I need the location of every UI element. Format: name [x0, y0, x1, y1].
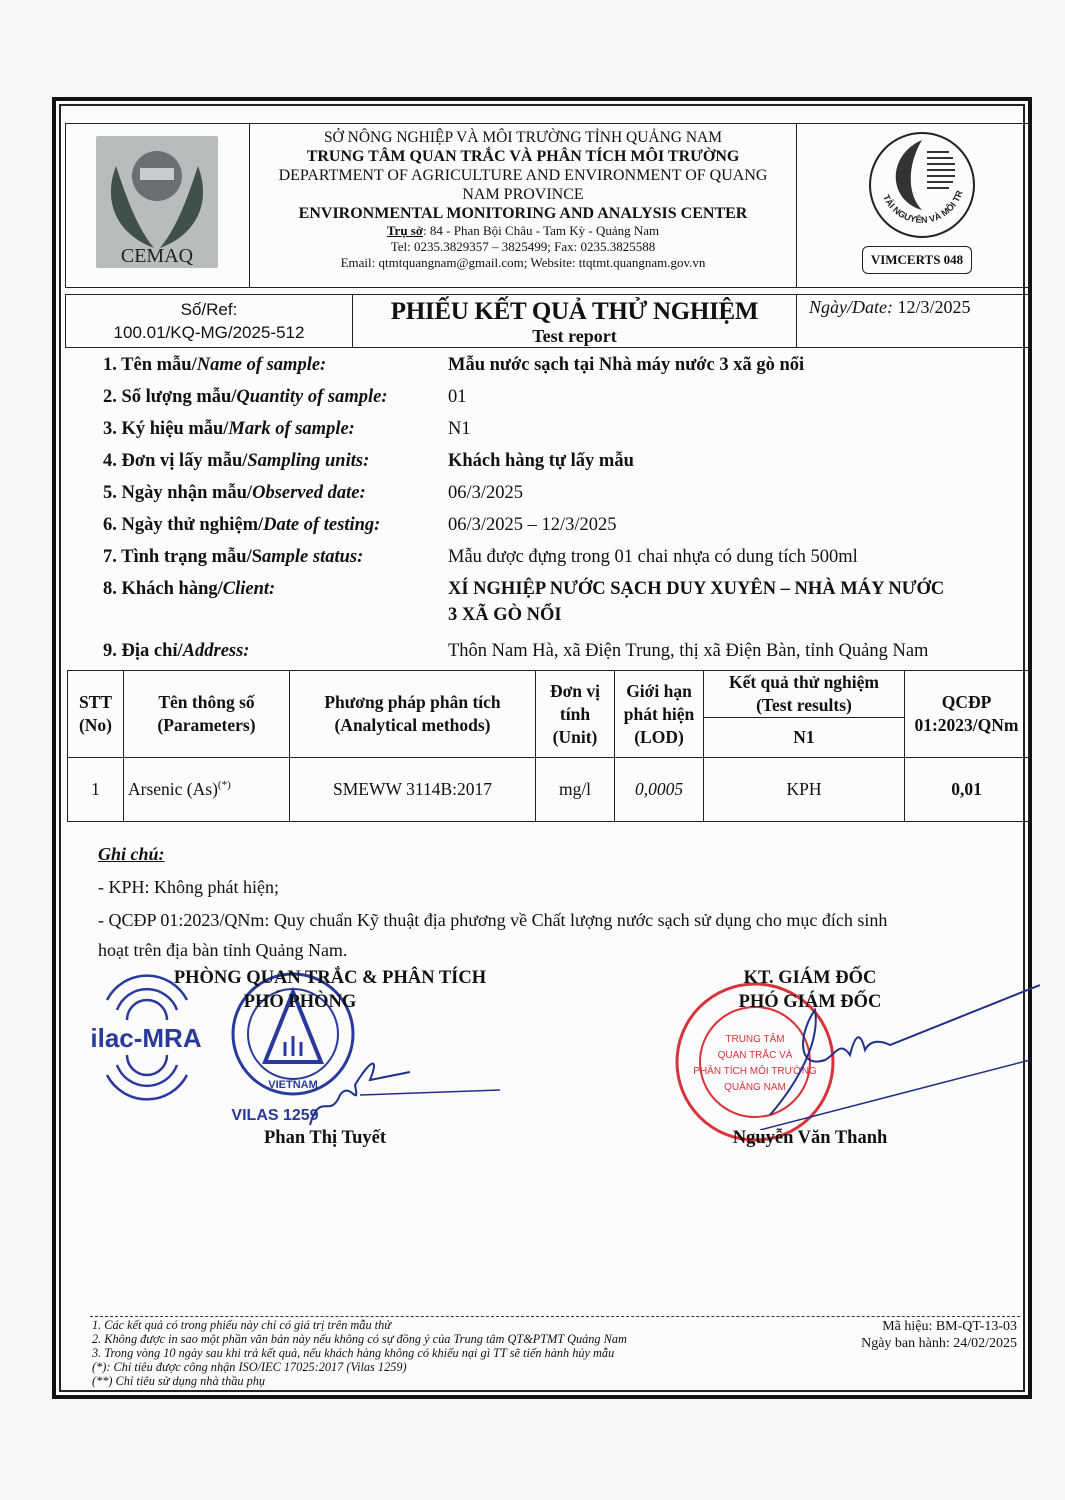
info-label: 7. Tình trạng mẫu/Sample status: [103, 547, 363, 568]
org-info: SỞ NÔNG NGHIỆP VÀ MÔI TRƯỜNG TỈNH QUẢNG … [250, 124, 797, 287]
col-results: Kết quả thử nghiệm(Test results) [704, 671, 905, 718]
info-value: Khách hàng tự lấy mẫu [448, 451, 634, 472]
department-en: DEPARTMENT OF AGRICULTURE AND ENVIRONMEN… [250, 166, 796, 185]
info-value: 01 [448, 387, 467, 408]
results-table: STT(No) Tên thông số(Parameters) Phương … [67, 670, 1029, 822]
info-value: XÍ NGHIỆP NƯỚC SẠCH DUY XUYÊN – NHÀ MÁY … [448, 579, 944, 626]
note-item: hoạt trên địa bàn tỉnh Quảng Nam. [98, 934, 1018, 967]
signatory-role-1: KT. GIÁM ĐỐC [680, 966, 940, 990]
info-label: 4. Đơn vị lấy mẫu/Sampling units: [103, 451, 369, 472]
center-name-en: ENVIRONMENTAL MONITORING AND ANALYSIS CE… [250, 204, 796, 223]
svg-text:CEMAQ: CEMAQ [121, 245, 194, 267]
col-method: Phương pháp phân tích(Analytical methods… [290, 671, 536, 758]
info-label: 8. Khách hàng/Client: [103, 579, 275, 600]
address-line: Trụ sở: 84 - Phan Bội Châu - Tam Kỳ - Qu… [250, 223, 796, 239]
info-value: 06/3/2025 [448, 483, 523, 504]
info-label: 5. Ngày nhận mẫu/Observed date: [103, 483, 366, 504]
form-code: Mã hiệu: BM-QT-13-03 Ngày ban hành: 24/0… [861, 1318, 1017, 1352]
notes-heading: Ghi chú: [98, 838, 1018, 871]
report-title: PHIẾU KẾT QUẢ THỬ NGHIỆM Test report [353, 295, 797, 347]
report-title-row: Số/Ref: 100.01/KQ-MG/2025-512 PHIẾU KẾT … [65, 294, 1029, 348]
reference-number: Số/Ref: 100.01/KQ-MG/2025-512 [66, 295, 353, 347]
footer-divider [90, 1316, 1020, 1317]
note-item: - KPH: Không phát hiện; [98, 871, 1018, 904]
col-lod: Giới hạnphát hiện(LOD) [615, 671, 704, 758]
table-row: 1 Arsenic (As)(*) SMEWW 3114B:2017 mg/l … [68, 758, 1029, 822]
info-value: Mẫu được đựng trong 01 chai nhựa có dung… [448, 547, 858, 568]
info-label: 9. Địa chỉ/Address: [103, 641, 249, 662]
note-item: - QCĐP 01:2023/QNm: Quy chuẩn Kỹ thuật đ… [98, 904, 1018, 937]
center-name-vi: TRUNG TÂM QUAN TRẮC VÀ PHÂN TÍCH MÔI TRƯ… [250, 147, 796, 166]
left-signatory: PHÒNG QUAN TRẮC & PHÂN TÍCH PHÓ PHÒNG [120, 966, 540, 1014]
info-value: Mẫu nước sạch tại Nhà máy nước 3 xã gò n… [448, 355, 804, 376]
col-parameter: Tên thông số(Parameters) [124, 671, 290, 758]
tel-fax-line: Tel: 0235.3829357 – 3825499; Fax: 0235.3… [250, 239, 796, 255]
email-website-line[interactable]: Email: qtmtquangnam@gmail.com; Website: … [250, 255, 796, 271]
info-label: 1. Tên mẫu/Name of sample: [103, 355, 326, 376]
department-en-cont: NAM PROVINCE [250, 185, 796, 204]
col-standard: QCĐP01:2023/QNm [905, 671, 1029, 758]
info-value: Thôn Nam Hà, xã Điện Trung, thị xã Điện … [448, 641, 928, 662]
tnmt-logo-icon: TÀI NGUYÊN VÀ MÔI TRƯỜNG [867, 130, 977, 240]
info-label: 6. Ngày thử nghiệm/Date of testing: [103, 515, 380, 536]
svg-text:ilac-MRA: ilac-MRA [90, 1023, 201, 1053]
signatory-name-right: Nguyễn Văn Thanh [690, 1126, 930, 1150]
signatory-name-left: Phan Thị Tuyết [215, 1126, 435, 1150]
signature-left [300, 1050, 520, 1130]
vimcerts-badge: VIMCERTS 048 [862, 246, 972, 274]
col-result-n1: N1 [704, 718, 905, 758]
accreditation-cell: TÀI NGUYÊN VÀ MÔI TRƯỜNG VIMCERTS 048 [797, 124, 1028, 287]
cemaq-logo: CEMAQ [96, 136, 218, 268]
notes-section: Ghi chú: - KPH: Không phát hiện; - QCĐP … [98, 838, 1018, 967]
letterhead: CEMAQ SỞ NÔNG NGHIỆP VÀ MÔI TRƯỜNG TỈNH … [65, 123, 1029, 288]
footer-notes: 1. Các kết quả có trong phiếu này chỉ có… [92, 1318, 627, 1388]
info-label: 3. Ký hiệu mẫu/Mark of sample: [103, 419, 355, 440]
ministry-name: SỞ NÔNG NGHIỆP VÀ MÔI TRƯỜNG TỈNH QUẢNG … [250, 128, 796, 147]
signatory-role-2: PHÓ GIÁM ĐỐC [680, 990, 940, 1014]
signatory-role: PHÓ PHÒNG [120, 990, 480, 1014]
department-title: PHÒNG QUAN TRẮC & PHÂN TÍCH [120, 966, 540, 990]
cemaq-logo-cell: CEMAQ [66, 124, 250, 287]
report-date: Ngày/Date: 12/3/2025 [797, 295, 1028, 347]
info-label: 2. Số lượng mẫu/Quantity of sample: [103, 387, 388, 408]
info-value: 06/3/2025 – 12/3/2025 [448, 515, 617, 536]
col-unit: Đơn vịtính(Unit) [536, 671, 615, 758]
col-no: STT(No) [68, 671, 124, 758]
info-value: N1 [448, 419, 471, 440]
right-signatory: KT. GIÁM ĐỐC PHÓ GIÁM ĐỐC [680, 966, 940, 1014]
leaf-globe-icon: CEMAQ [96, 136, 218, 268]
